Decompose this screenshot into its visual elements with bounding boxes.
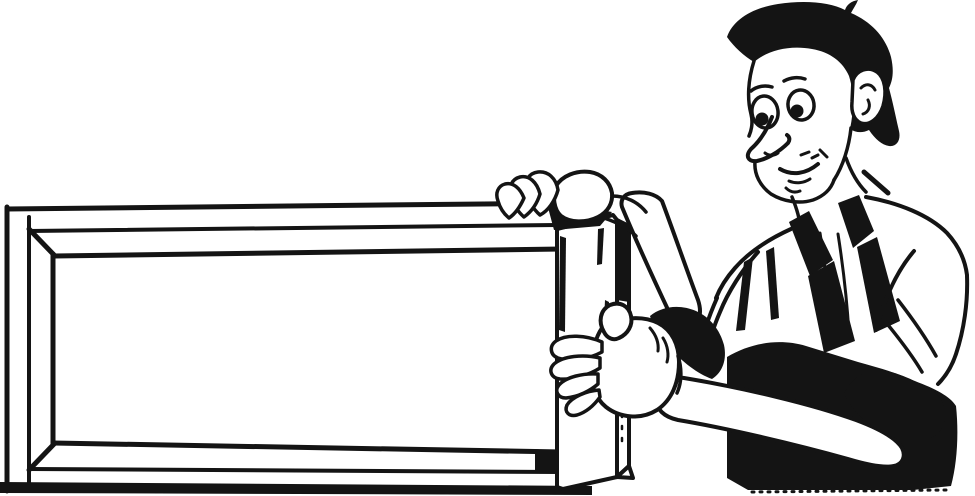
- upper-forearm: [621, 192, 700, 327]
- stile-side-shading: [617, 221, 629, 302]
- neck-right-line: [846, 158, 866, 192]
- lip-crease: [801, 152, 809, 155]
- right-sleeve-outer-edge: [938, 276, 967, 384]
- thumb: [601, 304, 632, 340]
- frame-inner-top-edge: [54, 249, 562, 256]
- mouth-smile: [780, 164, 818, 173]
- apron-stipple-edge: [752, 490, 946, 492]
- lip-crease: [812, 155, 818, 158]
- illustration: [0, 0, 975, 496]
- picture-frame: [0, 203, 592, 495]
- right-eye: [786, 88, 816, 121]
- hand-back: [554, 172, 612, 222]
- left-pupil: [756, 113, 769, 126]
- stile-grain-streak: [559, 236, 566, 332]
- collar-right-lapel: [838, 195, 874, 248]
- jaw-line: [834, 128, 851, 180]
- lower-lip: [789, 179, 810, 183]
- cartoon-scene: [0, 0, 975, 496]
- ear: [852, 69, 885, 123]
- right-pupil: [791, 105, 804, 118]
- frame-inner-bottom-edge: [53, 443, 562, 452]
- frame-miter-top-left: [29, 229, 55, 256]
- left-eyebrow: [751, 86, 772, 91]
- collar-back-line: [864, 172, 888, 193]
- frame-bottom-bar: [0, 482, 592, 495]
- frame-outer-top-edge: [7, 203, 574, 209]
- nostril: [765, 153, 778, 155]
- cheek-dash: [820, 150, 827, 157]
- shirt-fold: [766, 247, 779, 320]
- right-eyebrow: [784, 78, 805, 81]
- chin-crease: [786, 188, 800, 192]
- frame-front-bottom-edge: [29, 469, 560, 472]
- frame-front-top-edge: [29, 225, 557, 231]
- left-shoulder-seam: [716, 229, 791, 298]
- frame-miter-bottom-left: [29, 443, 55, 470]
- face-left-profile: [749, 61, 754, 136]
